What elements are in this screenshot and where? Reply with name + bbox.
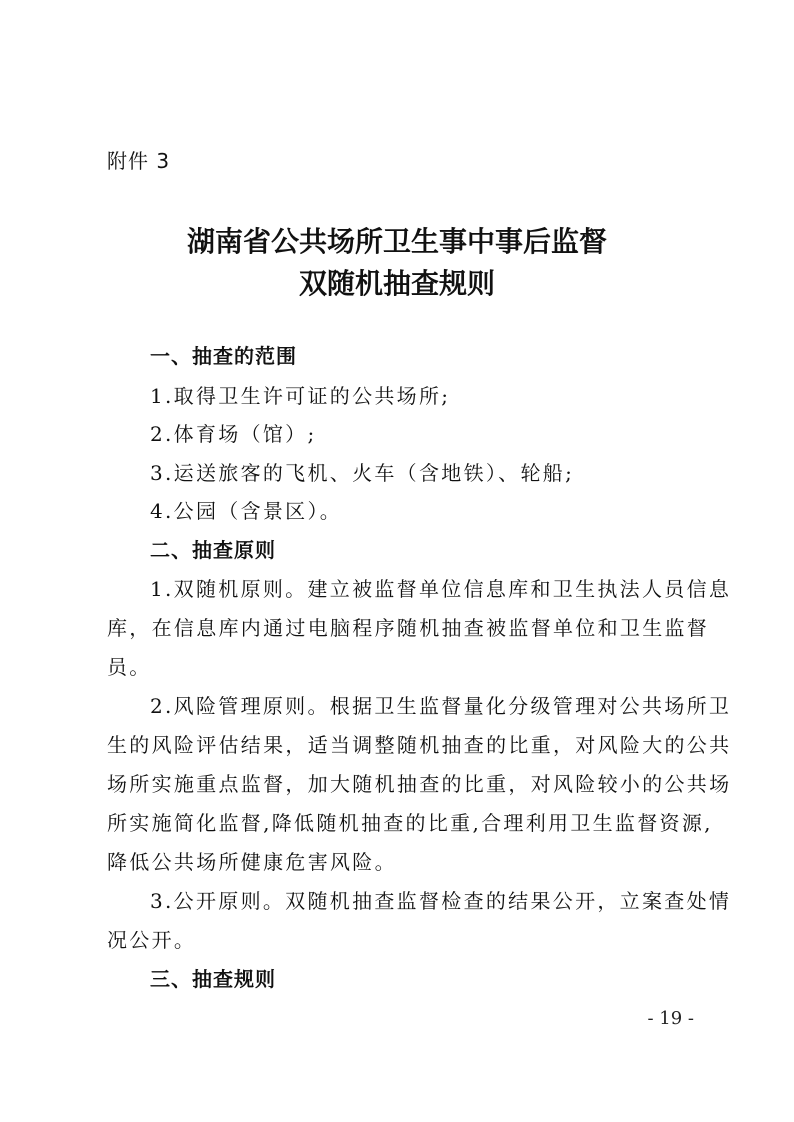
scope-item-4: 4.公园（含景区）。 [150, 495, 735, 524]
principle-3-line-2: 况公开。 [107, 924, 692, 953]
principle-1-line-3: 员。 [107, 651, 692, 680]
principle-1-line-2: 库，在信息库内通过电脑程序随机抽查被监督单位和卫生监督 [107, 612, 692, 641]
principle-2-line-5: 降低公共场所健康危害风险。 [107, 846, 692, 875]
scope-item-1: 1.取得卫生许可证的公共场所; [150, 380, 735, 409]
document-page: 附件 3 湖南省公共场所卫生事中事后监督 双随机抽查规则 一、抽查的范围 1.取… [0, 0, 794, 1122]
principle-2-line-4: 所实施简化监督,降低随机抽查的比重,合理利用卫生监督资源, [107, 807, 692, 836]
principle-2-line-2: 生的风险评估结果，适当调整随机抽查的比重，对风险大的公共 [107, 729, 692, 758]
attachment-label: 附件 3 [107, 145, 170, 174]
principle-3-line-1: 3.公开原则。双随机抽查监督检查的结果公开，立案查处情 [150, 885, 735, 914]
principle-2-line-3: 场所实施重点监督，加大随机抽查的比重，对风险较小的公共场 [107, 768, 692, 797]
section-heading-principles: 二、抽查原则 [150, 534, 735, 563]
document-title-line1: 湖南省公共场所卫生事中事后监督 [0, 220, 794, 260]
section-heading-rules: 三、抽查规则 [150, 963, 735, 992]
scope-item-2: 2.体育场（馆）; [150, 418, 735, 447]
section-heading-scope: 一、抽查的范围 [150, 340, 735, 369]
page-number: - 19 - [647, 1008, 694, 1029]
scope-item-3: 3.运送旅客的飞机、火车（含地铁）、轮船; [150, 457, 735, 486]
principle-1-line-1: 1.双随机原则。建立被监督单位信息库和卫生执法人员信息 [150, 573, 692, 602]
principle-2-line-1: 2.风险管理原则。根据卫生监督量化分级管理对公共场所卫 [150, 690, 735, 719]
document-title-line2: 双随机抽查规则 [0, 262, 794, 302]
